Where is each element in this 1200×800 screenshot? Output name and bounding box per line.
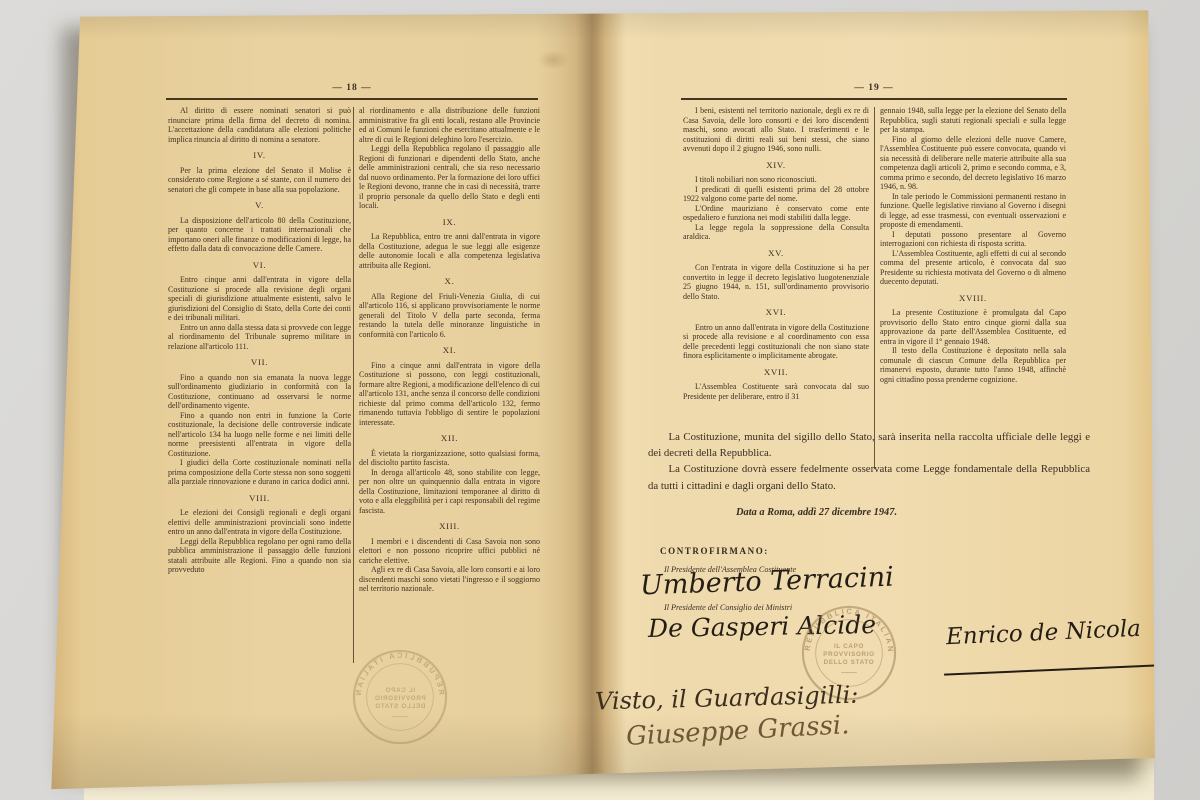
embossed-seal-mirrored: REPUBBLICA ITALIANA IL CAPO PROVVISORIO … (351, 648, 449, 746)
article-heading: XIV. (683, 160, 869, 170)
seal-center-line: PROVVISORIO (374, 695, 425, 702)
paragraph: I membri e i discendenti di Casa Savoia … (359, 537, 540, 566)
page19-column-1: I beni, esistenti nel territorio naziona… (683, 106, 869, 401)
article-heading: XIII. (359, 521, 540, 531)
article-heading: VI. (168, 260, 351, 270)
paragraph: Fino al giorno delle elezioni delle nuov… (880, 135, 1066, 192)
article-heading: XI. (359, 345, 540, 355)
paragraph: I titoli nobiliari non sono riconosciuti… (683, 175, 869, 185)
paragraph: L'Assemblea Costituente sarà convocata d… (683, 382, 869, 401)
paragraph: Alla Regione del Friuli-Venezia Giulia, … (359, 292, 540, 340)
paragraph: Entro un anno dall'entrata in vigore del… (683, 323, 869, 361)
page18-column-1: Al diritto di essere nominati senatori s… (168, 106, 351, 575)
article-heading: XII. (359, 433, 540, 443)
paragraph: I deputati possono presentare al Governo… (880, 230, 1066, 249)
article-heading: X. (359, 276, 540, 286)
closing-paragraph: La Costituzione dovrà essere fedelmente … (648, 461, 1090, 493)
seal-center-line: DELLO STATO (824, 659, 875, 666)
handwritten-visto-line: Visto, il Guardasigilli: (595, 681, 859, 716)
article-heading: IX. (359, 217, 540, 227)
seal-icon: REPUBBLICA ITALIANA IL CAPO PROVVISORIO … (351, 648, 449, 746)
paragraph: È vietata la riorganizzazione, sotto qua… (359, 449, 540, 468)
paragraph: Al diritto di essere nominati senatori s… (168, 106, 351, 144)
dateline: Data a Roma, addì 27 dicembre 1947. (736, 505, 1090, 521)
header-rule-19 (681, 98, 1067, 100)
paragraph: Entro un anno dalla stessa data si provv… (168, 323, 351, 352)
column-divider-19 (874, 107, 875, 469)
signatory-role-council-president: Il Presidente del Consiglio dei Ministri (664, 603, 792, 612)
paragraph: Leggi della Repubblica regolano per ogni… (168, 537, 351, 575)
paragraph: I predicati di quelli esistenti prima de… (683, 185, 869, 204)
seal-center-line: IL CAPO (834, 643, 864, 650)
article-heading: XVII. (683, 367, 869, 377)
signature-denicola: Enrico de Nicola (946, 616, 1142, 650)
paragraph: La presente Costituzione è promulgata da… (880, 308, 1066, 346)
article-heading: XVIII. (880, 293, 1066, 303)
article-heading: XVI. (683, 307, 869, 317)
paragraph: Il testo della Costituzione è depositato… (880, 346, 1066, 384)
paragraph: L'Ordine mauriziano è conservato come en… (683, 204, 869, 223)
closing-paragraph: La Costituzione, munita del sigillo dell… (648, 429, 1090, 461)
paragraph: Agli ex re di Casa Savoia, alle loro con… (359, 565, 540, 594)
column-divider-18 (353, 107, 354, 663)
page-number-19: — 19 — (681, 83, 1067, 93)
paragraph: Fino a quando non entri in funzione la C… (168, 411, 351, 459)
paragraph: I giudici della Corte costituzionale nom… (168, 458, 351, 487)
paragraph: I beni, esistenti nel territorio naziona… (683, 106, 869, 154)
article-heading: XV. (683, 248, 869, 258)
header-rule-18 (166, 98, 538, 100)
seal-center-line: DELLO STATO (375, 703, 426, 710)
paragraph: Fino a quando non sia emanata la nuova l… (168, 373, 351, 411)
paragraph: La legge regola la soppressione della Co… (683, 223, 869, 242)
paragraph: Con l'entrata in vigore della Costituzio… (683, 263, 869, 301)
signature-underline (944, 664, 1158, 675)
paragraph: al riordinamento e alla distribuzione de… (359, 106, 540, 144)
seal-center-line: IL CAPO (385, 687, 415, 694)
seal-center-line: PROVVISORIO (823, 651, 874, 658)
closing-block: La Costituzione, munita del sigillo dell… (648, 429, 1090, 520)
signature-grassi: Giuseppe Grassi. (625, 710, 850, 752)
article-heading: VII. (168, 357, 351, 367)
paragraph: Entro cinque anni dall'entrata in vigore… (168, 275, 351, 323)
paragraph: In deroga all'articolo 48, sono stabilit… (359, 468, 540, 516)
article-heading: VIII. (168, 493, 351, 503)
page18-column-2: al riordinamento e alla distribuzione de… (359, 106, 540, 594)
paragraph: In tale periodo le Commissioni permanent… (880, 192, 1066, 230)
paragraph: La disposizione dell'articolo 80 della C… (168, 216, 351, 254)
paragraph: La Repubblica, entro tre anni dall'entra… (359, 232, 540, 270)
countersign-heading: CONTROFIRMANO: (660, 546, 769, 556)
paragraph: L'Assemblea Costituente, agli effetti di… (880, 249, 1066, 287)
paragraph: Per la prima elezione del Senato il Moli… (168, 166, 351, 195)
article-heading: V. (168, 200, 351, 210)
page19-column-2: gennaio 1948, sulla legge per la elezion… (880, 106, 1066, 384)
article-heading: IV. (168, 150, 351, 160)
paragraph: gennaio 1948, sulla legge per la elezion… (880, 106, 1066, 135)
paragraph: Le elezioni dei Consigli regionali e deg… (168, 508, 351, 537)
paragraph: Leggi della Repubblica regolano il passa… (359, 144, 540, 211)
paragraph: Fino a cinque anni dall'entrata in vigor… (359, 361, 540, 428)
open-booklet: — 18 — Al diritto di essere nominati sen… (48, 8, 1156, 790)
page-number-18: — 18 — (166, 83, 538, 93)
